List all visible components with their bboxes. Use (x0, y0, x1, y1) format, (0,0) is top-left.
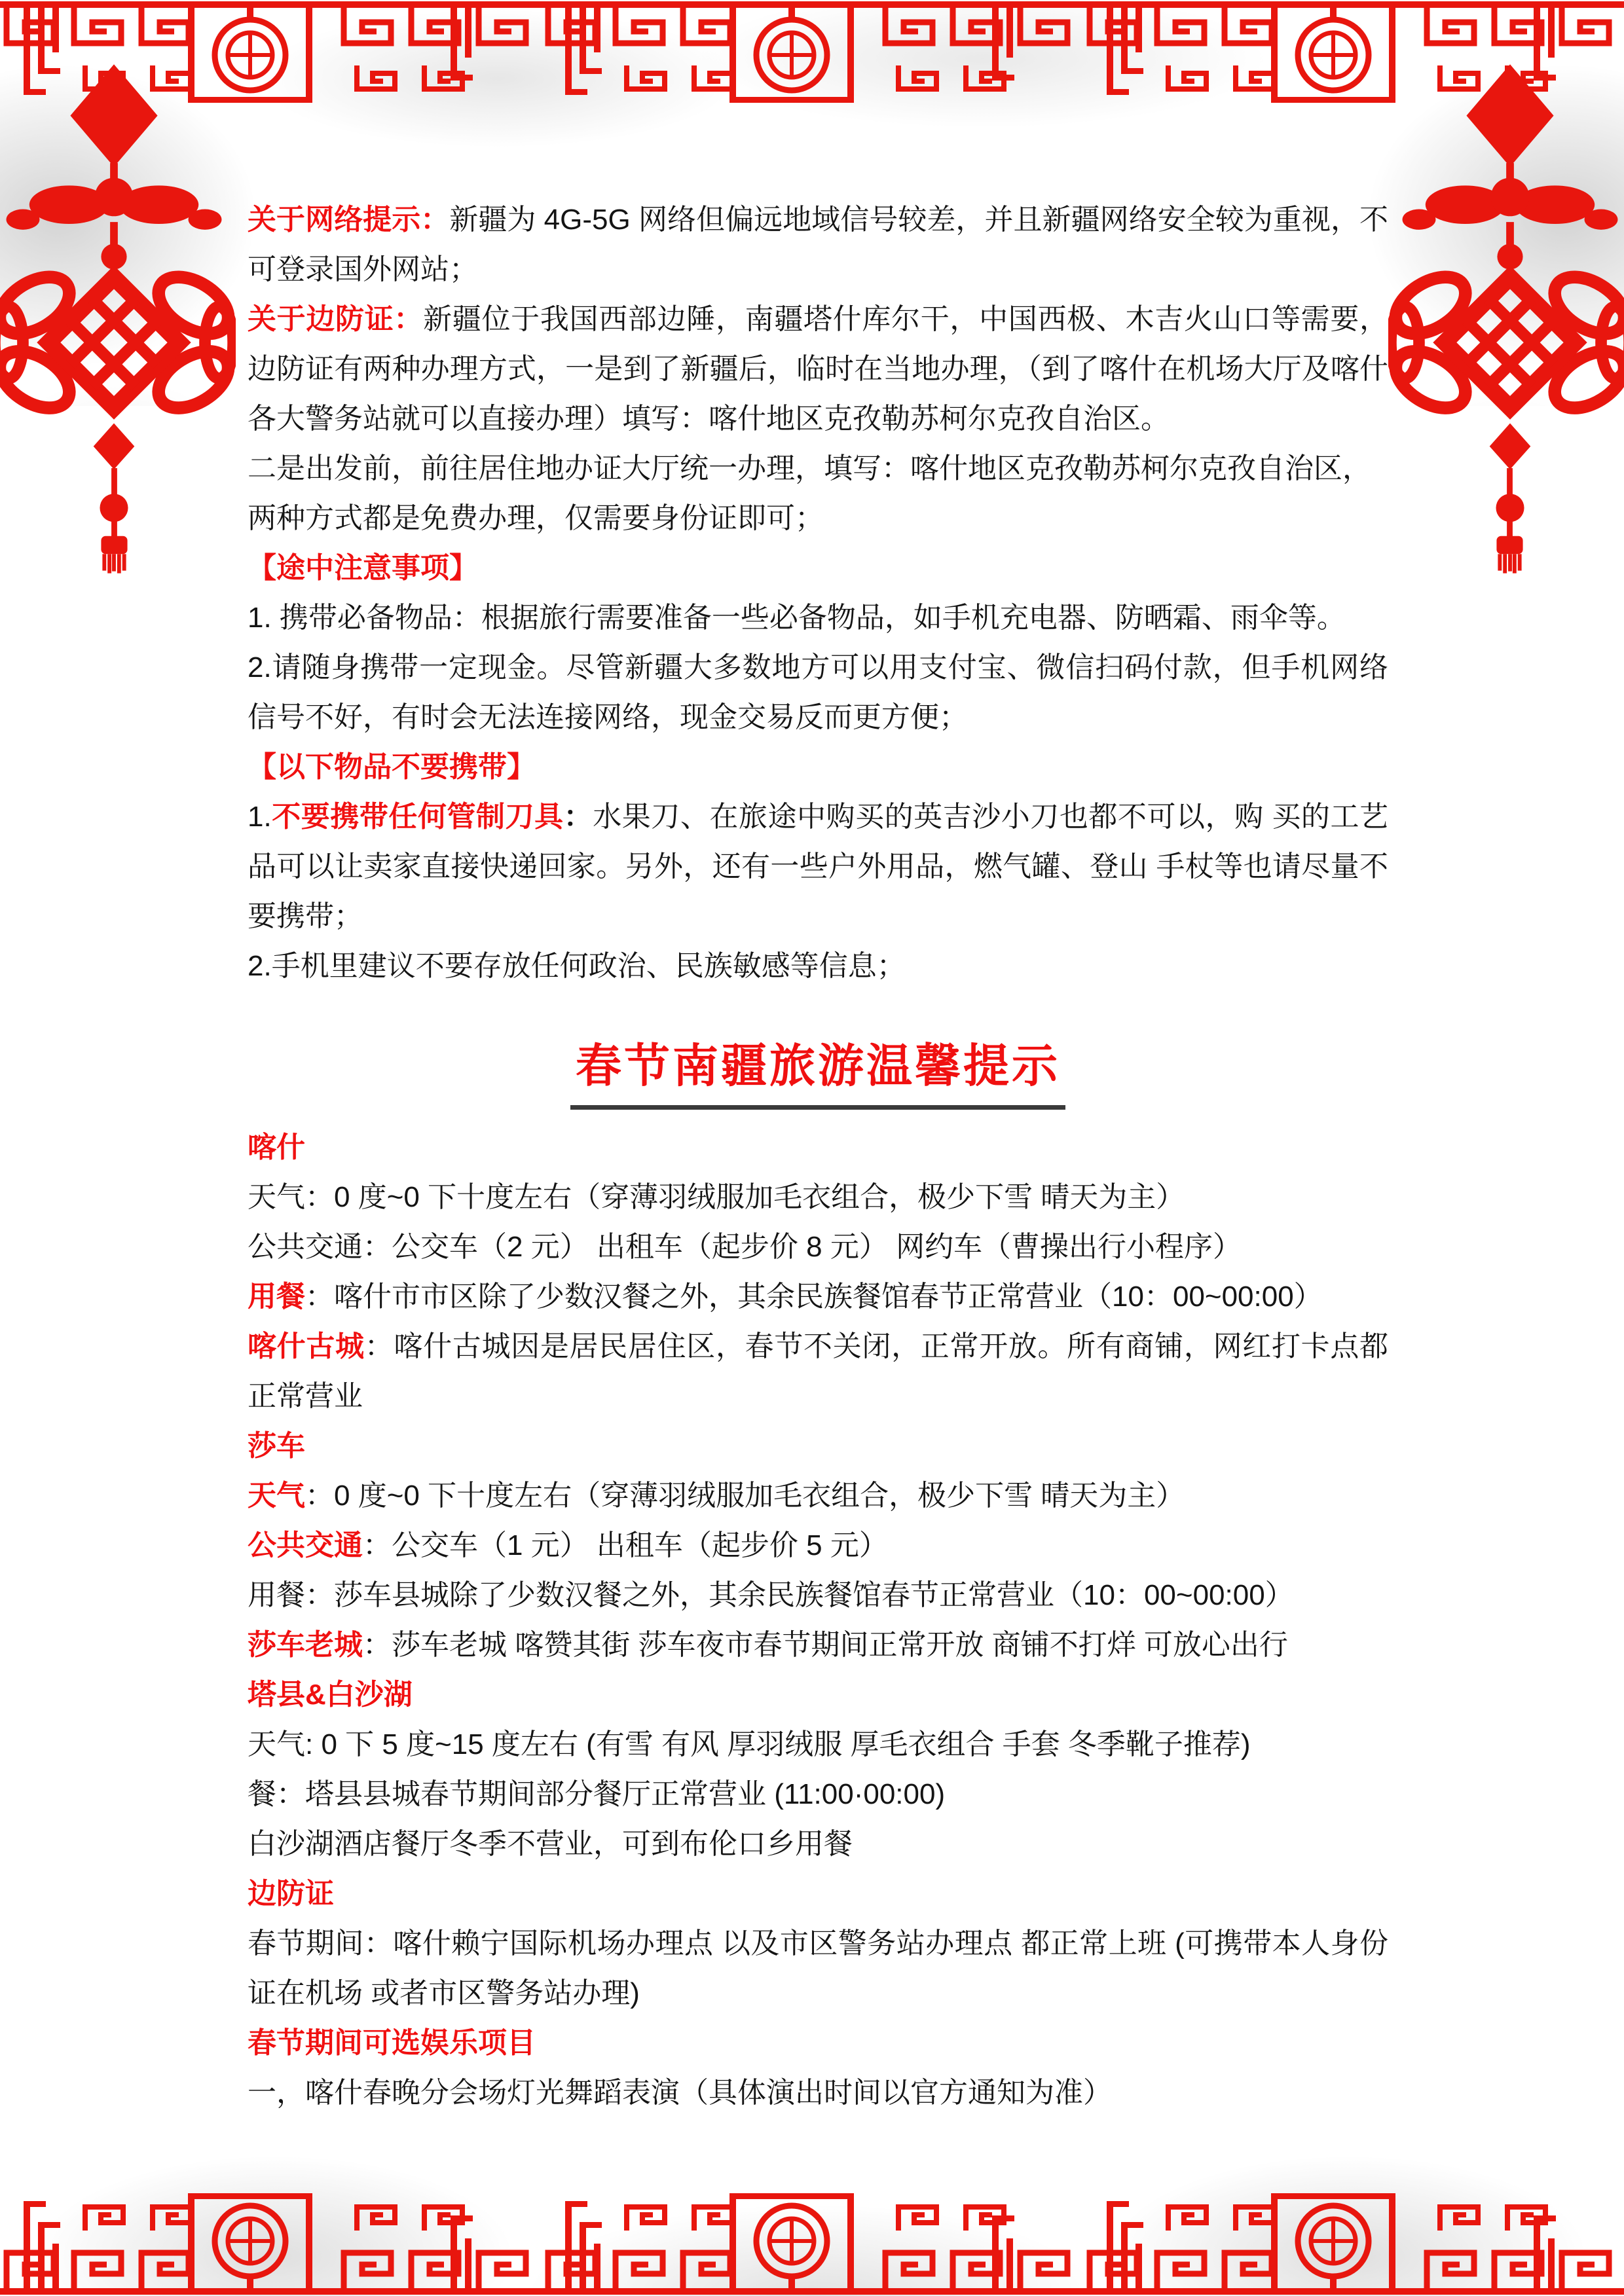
text-segment: ：莎车老城 喀赞其街 莎车夜市春节期间正常开放 商铺不打烊 可放心出行 (363, 1629, 1288, 1661)
text-segment: ：公交车（1 元） 出租车（起步价 5 元） (363, 1529, 888, 1561)
page-root: 关于网络提示：新疆为 4G-5G 网络但偏远地域信号较差，并且新疆网络安全较为重… (0, 0, 1624, 2296)
text-segment: 用餐 (248, 1281, 305, 1313)
text-segment: ：喀什古城因是居民居住区，春节不关闭，正常开放。所有商铺，网红打卡点都正常营业 (248, 1330, 1388, 1412)
text-segment: 公共交通 (248, 1529, 363, 1561)
section-items-not-to-carry: 【以下物品不要携带】 (248, 742, 1388, 792)
para-cash: 2.请随身携带一定现金。尽管新疆大多数地方可以用支付宝、微信扫码付款，但手机网络… (248, 643, 1388, 742)
text-segment: 边防证 (248, 1878, 334, 1910)
text-segment: 一，喀什春晚分会场灯光舞蹈表演（具体演出时间以官方通知为准） (248, 2077, 1112, 2109)
section-yarkant: 莎车 (248, 1421, 1388, 1471)
text-segment: 用餐：莎车县城除了少数汉餐之外，其余民族餐馆春节正常营业（10：00~00:00… (248, 1579, 1294, 1611)
chinese-knot-right-icon (1388, 60, 1624, 574)
text-segment: 二是出发前，前往居住地办证大厅统一办理，填写：喀什地区克孜勒苏柯尔克孜自治区， (248, 452, 1371, 484)
text-segment: 莎车老城 (248, 1629, 363, 1661)
text-segment: 塔县&白沙湖 (248, 1679, 413, 1711)
para-border-pass-option2: 二是出发前，前往居住地办证大厅统一办理，填写：喀什地区克孜勒苏柯尔克孜自治区， (248, 444, 1388, 494)
text-segment: 天气：0 度~0 下十度左右（穿薄羽绒服加毛衣组合，极少下雪 晴天为主） (248, 1181, 1185, 1213)
text-segment: ：0 度~0 下十度左右（穿薄羽绒服加毛衣组合，极少下雪 晴天为主） (305, 1480, 1185, 1512)
doc-title: 春节南疆旅游温馨提示 (248, 1033, 1388, 1110)
content-area: 关于网络提示：新疆为 4G-5G 网络但偏远地域信号较差，并且新疆网络安全较为重… (248, 195, 1388, 2118)
text-segment: 1. (248, 801, 272, 833)
text-segment: 天气 (248, 1480, 305, 1512)
text-segment: 喀什 (248, 1131, 305, 1163)
para-baishahu-dining: 白沙湖酒店餐厅冬季不营业，可到布伦口乡用餐 (248, 1819, 1388, 1869)
para-kashgar-weather: 天气：0 度~0 下十度左右（穿薄羽绒服加毛衣组合，极少下雪 晴天为主） (248, 1173, 1388, 1222)
para-yarkant-oldtown: 莎车老城：莎车老城 喀赞其街 莎车夜市春节期间正常开放 商铺不打烊 可放心出行 (248, 1620, 1388, 1670)
para-border-pass-offices: 春节期间：喀什赖宁国际机场办理点 以及市区警务站办理点 都正常上班 (可携带本人… (248, 1919, 1388, 2018)
doc-title-text: 春节南疆旅游温馨提示 (570, 1033, 1065, 1110)
bottom-lattice-border-icon (0, 2185, 1624, 2296)
text-segment: 春节期间可选娱乐项目 (248, 2027, 536, 2059)
para-entertainment-1: 一，喀什春晚分会场灯光舞蹈表演（具体演出时间以官方通知为准） (248, 2068, 1388, 2118)
text-segment: 1. 携带必备物品：根据旅行需要准备一些必备物品，如手机充电器、防晒霜、雨伞等。 (248, 602, 1346, 634)
text-segment: 春节南疆旅游温馨提示 (576, 1040, 1060, 1091)
text-segment: 天气: 0 下 5 度~15 度左右 (有雪 有风 厚羽绒服 厚毛衣组合 手套 … (248, 1728, 1251, 1760)
text-segment: 2.请随身携带一定现金。尽管新疆大多数地方可以用支付宝、微信扫码付款，但手机网络… (248, 651, 1388, 733)
text-segment: 喀什古城 (248, 1330, 365, 1362)
para-no-knives: 1.不要携带任何管制刀具：水果刀、在旅途中购买的英吉沙小刀也都不可以，购 买的工… (248, 792, 1388, 941)
para-yarkant-weather: 天气：0 度~0 下十度左右（穿薄羽绒服加毛衣组合，极少下雪 晴天为主） (248, 1471, 1388, 1521)
section-border-pass: 边防证 (248, 1869, 1388, 1919)
section-taxkorgan-baishahu: 塔县&白沙湖 (248, 1670, 1388, 1720)
para-border-pass-intro: 关于边防证：新疆位于我国西部边陲，南疆塔什库尔干，中国西极、木吉火山口等需要，边… (248, 295, 1388, 444)
para-kashgar-dining: 用餐：喀什市市区除了少数汉餐之外，其余民族餐馆春节正常营业（10：00~00:0… (248, 1272, 1388, 1322)
para-kashgar-oldtown: 喀什古城：喀什古城因是居民居住区，春节不关闭，正常开放。所有商铺，网红打卡点都正… (248, 1322, 1388, 1421)
top-lattice-border-icon (0, 0, 1624, 111)
text-segment: ：喀什市市区除了少数汉餐之外，其余民族餐馆春节正常营业（10：00~00:00） (305, 1281, 1323, 1313)
text-segment: 餐：塔县县城春节期间部分餐厅正常营业 (11:00·00:00) (248, 1778, 945, 1810)
text-segment: 公共交通：公交车（2 元） 出租车（起步价 8 元） 网约车（曹操出行小程序） (248, 1231, 1242, 1263)
chinese-knot-left-icon (0, 60, 236, 574)
text-segment: 【以下物品不要携带】 (248, 751, 536, 783)
text-segment: 两种方式都是免费办理，仅需要身份证即可； (248, 502, 824, 534)
text-segment: 春节期间：喀什赖宁国际机场办理点 以及市区警务站办理点 都正常上班 (可携带本人… (248, 1927, 1388, 2009)
text-segment: 关于边防证： (248, 303, 423, 335)
text-segment: 2.手机里建议不要存放任何政治、民族敏感等信息； (248, 950, 906, 982)
section-on-the-way-notes: 【途中注意事项】 (248, 543, 1388, 593)
para-yarkant-dining: 用餐：莎车县城除了少数汉餐之外，其余民族餐馆春节正常营业（10：00~00:00… (248, 1571, 1388, 1620)
para-no-sensitive-info: 2.手机里建议不要存放任何政治、民族敏感等信息； (248, 941, 1388, 991)
para-necessities: 1. 携带必备物品：根据旅行需要准备一些必备物品，如手机充电器、防晒霜、雨伞等。 (248, 593, 1388, 643)
para-taxkorgan-weather: 天气: 0 下 5 度~15 度左右 (有雪 有风 厚羽绒服 厚毛衣组合 手套 … (248, 1720, 1388, 1770)
para-kashgar-transport: 公共交通：公交车（2 元） 出租车（起步价 8 元） 网约车（曹操出行小程序） (248, 1222, 1388, 1272)
para-taxkorgan-dining: 餐：塔县县城春节期间部分餐厅正常营业 (11:00·00:00) (248, 1770, 1388, 1819)
para-network-tip: 关于网络提示：新疆为 4G-5G 网络但偏远地域信号较差，并且新疆网络安全较为重… (248, 195, 1388, 295)
text-segment: 【途中注意事项】 (248, 552, 478, 584)
para-border-pass-free: 两种方式都是免费办理，仅需要身份证即可； (248, 494, 1388, 543)
text-segment: 莎车 (248, 1430, 305, 1462)
text-segment: 关于网络提示： (248, 204, 449, 236)
section-entertainment: 春节期间可选娱乐项目 (248, 2018, 1388, 2068)
text-segment: 不要携带任何管制刀具 (272, 801, 564, 833)
section-kashgar: 喀什 (248, 1123, 1388, 1173)
para-yarkant-transport: 公共交通：公交车（1 元） 出租车（起步价 5 元） (248, 1521, 1388, 1571)
text-segment: ： (564, 801, 593, 833)
text-segment: 白沙湖酒店餐厅冬季不营业，可到布伦口乡用餐 (248, 1828, 853, 1860)
